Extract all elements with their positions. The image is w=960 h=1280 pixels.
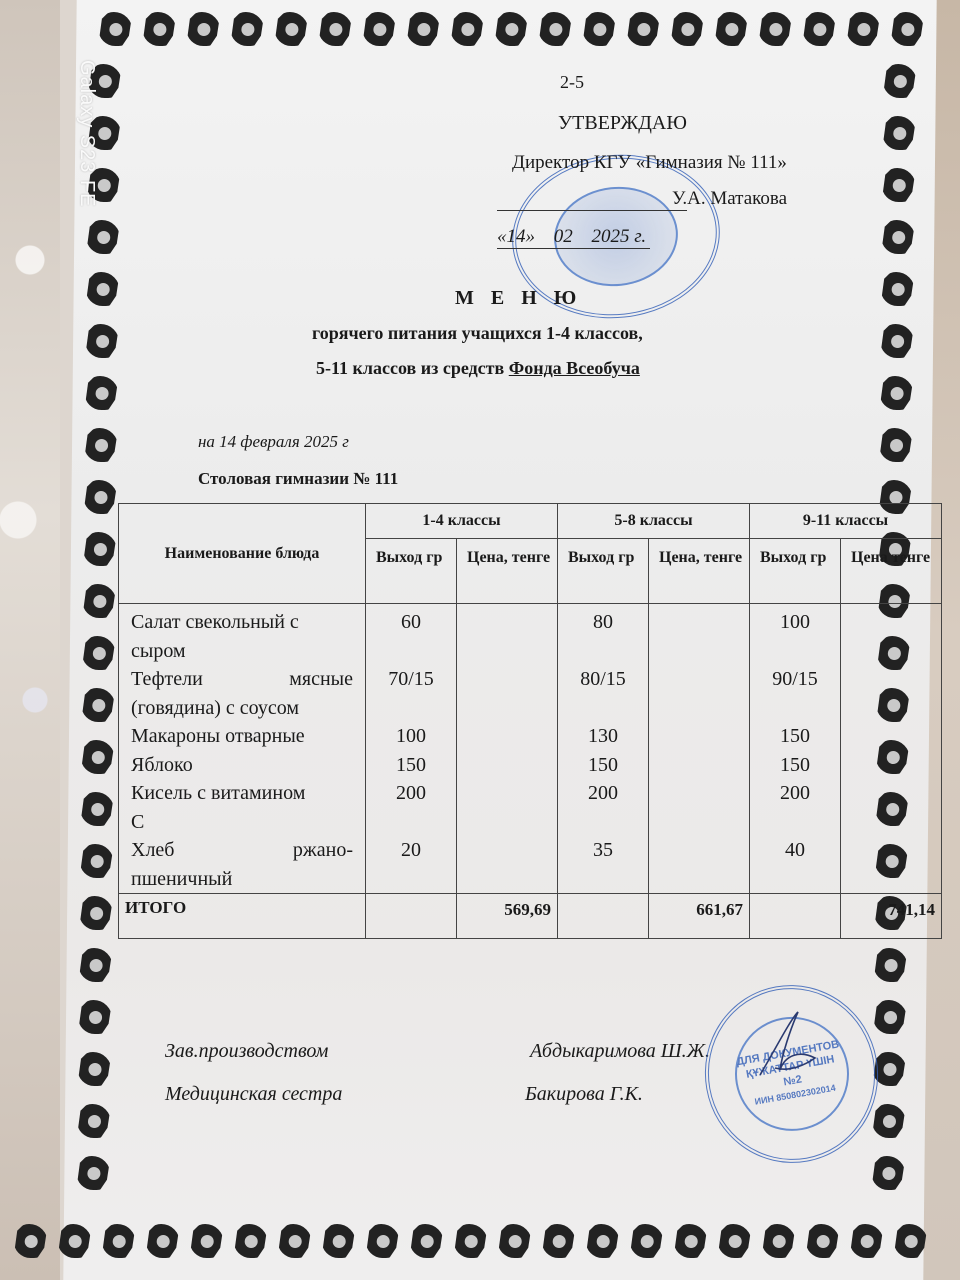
spacer (558, 637, 648, 666)
flower-ornament-icon (844, 8, 882, 50)
flower-ornament-icon (880, 112, 918, 154)
flower-ornament-icon (878, 268, 916, 310)
flower-ornament-icon (451, 1220, 489, 1262)
flower-ornament-icon (881, 60, 919, 102)
output-value: 20 (366, 836, 456, 865)
flower-ornament-icon (80, 580, 118, 622)
flower-ornament-icon (316, 8, 354, 50)
flower-ornament-icon (539, 1220, 577, 1262)
background-lace-left (0, 0, 60, 1280)
flower-ornament-icon (668, 8, 706, 50)
dish-column: Салат свекольный ссыромТефтели мясные(го… (119, 604, 366, 894)
output-value: 35 (558, 836, 648, 865)
spacer (750, 637, 840, 666)
spacer (366, 637, 456, 666)
flower-ornament-icon (143, 1220, 181, 1262)
flower-ornament-icon (803, 1220, 841, 1262)
subtitle-line-2: 5-11 классов из средств Фонда Всеобуча (316, 358, 640, 379)
output-value: 80/15 (558, 665, 648, 694)
header-dish-name: Наименование блюда (119, 504, 366, 604)
canteen-name: Столовая гимназии № 111 (198, 469, 398, 489)
flower-ornament-icon (76, 996, 114, 1038)
flower-ornament-icon (671, 1220, 709, 1262)
flower-ornament-icon (847, 1220, 885, 1262)
flower-ornament-icon (712, 8, 750, 50)
total-1-4: 569,69 (457, 894, 558, 939)
dish-name-continued: сыром (131, 637, 353, 666)
flower-ornament-icon (870, 1100, 908, 1142)
appendix-number: 2-5 (560, 72, 584, 93)
flower-ornament-icon (55, 1220, 93, 1262)
subtitle-prefix: 5-11 классов из средств (316, 358, 509, 378)
spacer (366, 694, 456, 723)
price-column-5-8 (649, 604, 750, 894)
flower-ornament-icon (75, 1100, 113, 1142)
camera-watermark: Galaxy S23 FE (58, 60, 98, 240)
output-value: 150 (366, 751, 456, 780)
approval-day: «14» (497, 226, 535, 247)
total-9-11: 741,14 (841, 894, 942, 939)
spacer (558, 865, 648, 894)
flower-ornament-icon (96, 8, 134, 50)
dish-name: Тефтели мясные (131, 665, 353, 694)
spacer (750, 808, 840, 837)
signature-role-nurse: Медицинская сестра (165, 1083, 342, 1106)
dish-name-continued: (говядина) с соусом (131, 694, 353, 723)
flower-ornament-icon (76, 944, 114, 986)
spacer (750, 694, 840, 723)
output-value: 200 (558, 779, 648, 808)
table-header-row: Наименование блюда 1-4 классы 5-8 классы… (119, 504, 942, 539)
flower-ornament-icon (99, 1220, 137, 1262)
flower-ornament-icon (83, 268, 121, 310)
dish-name-continued: пшеничный (131, 865, 353, 894)
flower-ornament-icon (140, 8, 178, 50)
header-price: Цена, тенге (457, 539, 558, 604)
signature-name-nurse: Бакирова Г.К. (525, 1083, 643, 1106)
output-value: 130 (558, 722, 648, 751)
header-price: Цена, тенге (649, 539, 750, 604)
flower-ornament-icon (888, 8, 926, 50)
flower-ornament-icon (869, 1152, 907, 1194)
price-column-9-11 (841, 604, 942, 894)
flower-ornament-icon (77, 892, 115, 934)
flower-ornament-icon (624, 8, 662, 50)
flower-ornament-icon (495, 1220, 533, 1262)
director-name: У.А. Матакова (672, 188, 787, 210)
header-group-9-11: 9-11 классы (750, 504, 942, 539)
flower-ornament-icon (878, 320, 916, 362)
flower-ornament-icon (583, 1220, 621, 1262)
flower-ornament-icon (580, 8, 618, 50)
dish-name: Кисель с витамином (131, 779, 353, 808)
flower-ornament-icon (877, 424, 915, 466)
output-value: 100 (366, 722, 456, 751)
handwritten-signature-icon (720, 1010, 830, 1080)
flower-ornament-icon (880, 164, 918, 206)
output-value: 60 (366, 608, 456, 637)
header-output: Выход гр (366, 539, 457, 604)
output-column-9-11: 100 90/15 150150200 40 (750, 604, 841, 894)
flower-ornament-icon (877, 372, 915, 414)
decorative-border-top (96, 8, 926, 50)
signature-name-production: Абдыкаримова Ш.Ж. (530, 1040, 710, 1063)
flower-ornament-icon (492, 8, 530, 50)
flower-ornament-icon (407, 1220, 445, 1262)
output-value: 80 (558, 608, 648, 637)
table-body-row: Салат свекольный ссыромТефтели мясные(го… (119, 604, 942, 894)
menu-table: Наименование блюда 1-4 классы 5-8 классы… (118, 503, 942, 939)
flower-ornament-icon (759, 1220, 797, 1262)
output-value: 90/15 (750, 665, 840, 694)
total-output-empty (366, 894, 457, 939)
flower-ornament-icon (187, 1220, 225, 1262)
spacer (366, 865, 456, 894)
decorative-border-bottom (11, 1220, 929, 1262)
spacer (558, 694, 648, 723)
flower-ornament-icon (81, 528, 119, 570)
price-column-1-4 (457, 604, 558, 894)
approval-month: 02 (554, 226, 573, 247)
spacer (366, 808, 456, 837)
output-value: 150 (750, 751, 840, 780)
header-output: Выход гр (750, 539, 841, 604)
flower-ornament-icon (871, 996, 909, 1038)
flower-ornament-icon (871, 944, 909, 986)
flower-ornament-icon (891, 1220, 929, 1262)
flower-ornament-icon (231, 1220, 269, 1262)
flower-ornament-icon (74, 1152, 112, 1194)
page-title: М Е Н Ю (455, 287, 582, 310)
output-column-5-8: 80 80/15 130150200 35 (558, 604, 649, 894)
output-value: 150 (558, 751, 648, 780)
flower-ornament-icon (360, 8, 398, 50)
flower-ornament-icon (80, 632, 118, 674)
signature-role-production: Зав.производством (165, 1040, 328, 1063)
flower-ornament-icon (715, 1220, 753, 1262)
flower-ornament-icon (228, 8, 266, 50)
output-value: 200 (750, 779, 840, 808)
flower-ornament-icon (184, 8, 222, 50)
dish-name: Макароны отварные (131, 722, 353, 751)
flower-ornament-icon (79, 684, 117, 726)
flower-ornament-icon (536, 8, 574, 50)
flower-ornament-icon (879, 216, 917, 258)
approval-year: 2025 г. (592, 226, 647, 247)
dish-name-continued: С (131, 808, 353, 837)
approval-heading: УТВЕРЖДАЮ (558, 112, 687, 135)
director-title: Директор КГУ «Гимназия № 111» (512, 152, 787, 174)
flower-ornament-icon (404, 8, 442, 50)
flower-ornament-icon (448, 8, 486, 50)
flower-ornament-icon (627, 1220, 665, 1262)
dish-name: Салат свекольный с (131, 608, 353, 637)
fund-name: Фонда Всеобуча (509, 358, 640, 378)
flower-ornament-icon (82, 424, 120, 466)
subtitle-line-1: горячего питания учащихся 1-4 классов, (312, 323, 643, 344)
flower-ornament-icon (83, 320, 121, 362)
dish-name: Хлеб ржано- (131, 836, 353, 865)
total-output-empty (558, 894, 649, 939)
output-value: 150 (750, 722, 840, 751)
flower-ornament-icon (363, 1220, 401, 1262)
output-value: 40 (750, 836, 840, 865)
total-output-empty (750, 894, 841, 939)
dish-name: Яблоко (131, 751, 353, 780)
flower-ornament-icon (79, 736, 117, 778)
spacer (750, 865, 840, 894)
flower-ornament-icon (82, 372, 120, 414)
spacer (558, 808, 648, 837)
flower-ornament-icon (81, 476, 119, 518)
flower-ornament-icon (275, 1220, 313, 1262)
output-value: 70/15 (366, 665, 456, 694)
header-group-5-8: 5-8 классы (558, 504, 750, 539)
total-row: ИТОГО 569,69 661,67 741,14 (119, 894, 942, 939)
approval-date: «14» 02 2025 г. (497, 226, 650, 249)
flower-ornament-icon (77, 840, 115, 882)
menu-date: на 14 февраля 2025 г (198, 432, 349, 452)
output-column-1-4: 60 70/15 100150200 20 (366, 604, 457, 894)
flower-ornament-icon (78, 788, 116, 830)
header-output: Выход гр (558, 539, 649, 604)
header-group-1-4: 1-4 классы (366, 504, 558, 539)
flower-ornament-icon (800, 8, 838, 50)
flower-ornament-icon (756, 8, 794, 50)
output-value: 200 (366, 779, 456, 808)
total-5-8: 661,67 (649, 894, 750, 939)
total-label: ИТОГО (119, 894, 366, 939)
flower-ornament-icon (319, 1220, 357, 1262)
signature-line (497, 210, 687, 211)
flower-ornament-icon (75, 1048, 113, 1090)
output-value: 100 (750, 608, 840, 637)
header-price: Цена тенге (841, 539, 942, 604)
flower-ornament-icon (11, 1220, 49, 1262)
flower-ornament-icon (272, 8, 310, 50)
